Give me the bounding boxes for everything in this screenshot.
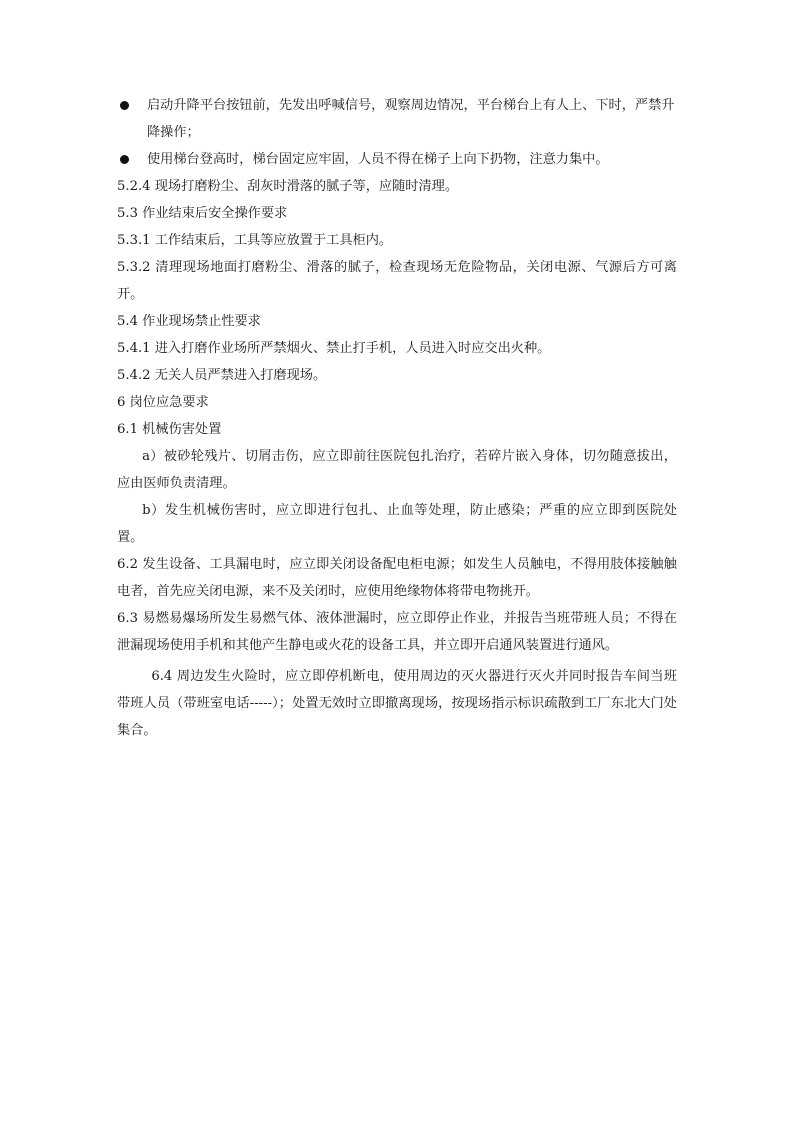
paragraph-6-3: 6.3 易燃易爆场所发生易燃气体、液体泄漏时，应立即停止作业，并报告当班带班人员… <box>117 605 677 659</box>
document-page: 启动升降平台按钮前，先发出呼喊信号，观察周边情况，平台梯台上有人上、下时，严禁升… <box>117 92 677 744</box>
paragraph-5-2-4: 5.2.4 现场打磨粉尘、刮灰时滑落的腻子等，应随时清理。 <box>117 173 677 200</box>
paragraph-5-3-2: 5.3.2 清理现场地面打磨粉尘、滑落的腻子，检查现场无危险物品，关闭电源、气源… <box>117 254 677 308</box>
paragraph-6-1-b: b）发生机械伤害时，应立即进行包扎、止血等处理，防止感染；严重的应立即到医院处置… <box>117 497 677 551</box>
paragraph-5-3-1: 5.3.1 工作结束后，工具等应放置于工具柜内。 <box>117 227 677 254</box>
paragraph-5-4-2: 5.4.2 无关人员严禁进入打磨现场。 <box>117 362 677 389</box>
bullet-icon <box>120 101 129 110</box>
bullet-icon <box>120 155 129 164</box>
paragraph-6-4: 6.4 周边发生火险时，应立即停机断电，使用周边的灭火器进行灭火并同时报告车间当… <box>117 663 677 744</box>
heading-5-4: 5.4 作业现场禁止性要求 <box>117 308 677 335</box>
paragraph-6-2: 6.2 发生设备、工具漏电时，应立即关闭设备配电柜电源；如发生人员触电，不得用肢… <box>117 551 677 605</box>
heading-5-3: 5.3 作业结束后安全操作要求 <box>117 200 677 227</box>
heading-6-1: 6.1 机械伤害处置 <box>117 416 677 443</box>
bullet-item: 使用梯台登高时，梯台固定应牢固，人员不得在梯子上向下扔物，注意力集中。 <box>117 146 677 173</box>
bullet-item: 启动升降平台按钮前，先发出呼喊信号，观察周边情况，平台梯台上有人上、下时，严禁升… <box>117 92 677 146</box>
heading-6: 6 岗位应急要求 <box>117 389 677 416</box>
paragraph-6-1-a: a）被砂轮残片、切屑击伤，应立即前往医院包扎治疗，若碎片嵌入身体，切勿随意拔出，… <box>117 443 677 497</box>
bullet-text: 使用梯台登高时，梯台固定应牢固，人员不得在梯子上向下扔物，注意力集中。 <box>147 152 609 167</box>
paragraph-5-4-1: 5.4.1 进入打磨作业场所严禁烟火、禁止打手机，人员进入时应交出火种。 <box>117 335 677 362</box>
bullet-text: 启动升降平台按钮前，先发出呼喊信号，观察周边情况，平台梯台上有人上、下时，严禁升… <box>147 98 675 140</box>
